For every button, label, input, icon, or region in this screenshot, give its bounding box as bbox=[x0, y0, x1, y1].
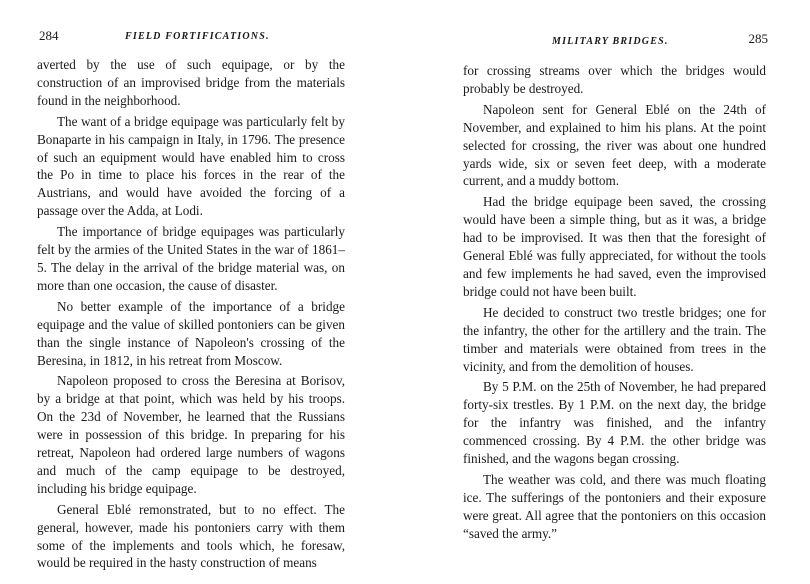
paragraph: averted by the use of such equipage, or … bbox=[37, 56, 345, 110]
paragraph: By 5 P.M. on the 25th of November, he ha… bbox=[463, 378, 766, 468]
paragraph: The importance of bridge equipages was p… bbox=[37, 223, 345, 295]
paragraph: No better example of the importance of a… bbox=[37, 298, 345, 370]
paragraph: Napoleon sent for General Eblé on the 24… bbox=[463, 101, 766, 191]
left-page-body: averted by the use of such equipage, or … bbox=[37, 56, 345, 572]
running-head: FIELD FORTIFICATIONS. bbox=[125, 29, 270, 45]
right-page-body: for crossing streams over which the brid… bbox=[463, 62, 766, 543]
paragraph: The weather was cold, and there was much… bbox=[463, 471, 766, 543]
page-number: 285 bbox=[749, 31, 769, 47]
page-number: 284 bbox=[39, 28, 59, 44]
paragraph: Napoleon proposed to cross the Beresina … bbox=[37, 372, 345, 497]
paragraph: He decided to construct two trestle brid… bbox=[463, 304, 766, 376]
paragraph: Had the bridge equipage been saved, the … bbox=[463, 193, 766, 300]
left-page: 284 FIELD FORTIFICATIONS. averted by the… bbox=[37, 28, 367, 575]
paragraph: for crossing streams over which the brid… bbox=[463, 62, 766, 98]
running-head: MILITARY BRIDGES. bbox=[552, 34, 669, 50]
right-page-header: MILITARY BRIDGES. 285 bbox=[463, 31, 766, 53]
right-page: MILITARY BRIDGES. 285 for crossing strea… bbox=[463, 31, 766, 546]
paragraph: General Eblé remonstrated, but to no eff… bbox=[37, 501, 345, 573]
paragraph: The want of a bridge equipage was partic… bbox=[37, 113, 345, 220]
left-page-header: 284 FIELD FORTIFICATIONS. bbox=[37, 28, 367, 50]
